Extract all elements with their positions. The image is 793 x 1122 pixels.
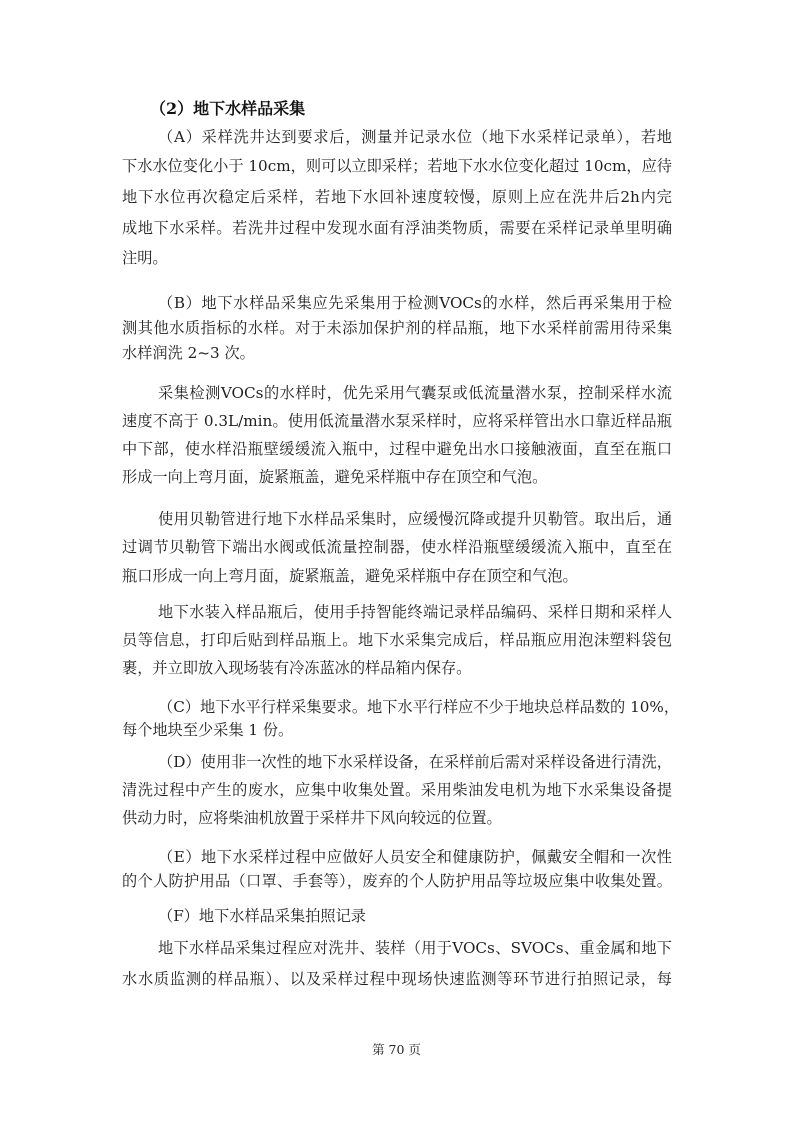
paragraph-a-line-4: 成地下水采样。若洗井过程中发现水面有浮油类物质，需要在采样记录单里明确	[122, 216, 672, 240]
document-page: （2）地下水样品采集 （A）采样洗井达到要求后，测量并记录水位（地下水采样记录单…	[0, 0, 793, 1122]
paragraph-d-line-3: 供动力时，应将柴油机放置于采样井下风向较远的位置。	[122, 806, 672, 830]
photo-paragraph-line-1: 地下水样品采集过程应对洗井、装样（用于VOCs、SVOCs、重金属和地下	[158, 936, 672, 960]
paragraph-b-line-2: 测其他水质指标的水样。对于未添加保护剂的样品瓶，地下水采样前需用待采集	[122, 316, 672, 340]
paragraph-b-line-3: 水样润洗 2~3 次。	[122, 341, 672, 365]
paragraph-a-line-3: 地下水位再次稳定后采样，若地下水回补速度较慢，原则上应在洗井后2h内完	[122, 185, 672, 209]
labeling-paragraph-line-2: 员等信息，打印后贴到样品瓶上。地下水采集完成后，样品瓶应用泡沫塑料袋包	[122, 628, 672, 652]
vocs-paragraph-line-3: 中下部，使水样沿瓶壁缓缓流入瓶中，过程中避免出水口接触液面，直至在瓶口	[122, 437, 672, 461]
paragraph-a-line-5: 注明。	[122, 246, 672, 270]
bailer-paragraph-line-3: 瓶口形成一向上弯月面，旋紧瓶盖，避免采样瓶中存在顶空和气泡。	[122, 564, 672, 588]
paragraph-e-line-1: （E）地下水采样过程中应做好人员安全和健康防护，佩戴安全帽和一次性	[158, 845, 672, 869]
paragraph-e-line-2: 的个人防护用品（口罩、手套等），废弃的个人防护用品等垃圾应集中收集处置。	[122, 869, 672, 893]
paragraph-b-line-1: （B）地下水样品采集应先采集用于检测VOCs的水样，然后再采集用于检	[158, 291, 672, 315]
paragraph-f-heading: （F）地下水样品采集拍照记录	[158, 904, 672, 928]
bailer-paragraph-line-1: 使用贝勒管进行地下水样品采集时，应缓慢沉降或提升贝勒管。取出后，通	[158, 507, 672, 531]
photo-paragraph-line-2: 水水质监测的样品瓶）、以及采样过程中现场快速监测等环节进行拍照记录，每	[122, 967, 672, 991]
paragraph-a-line-2: 下水水位变化小于 10cm，则可以立即采样；若地下水水位变化超过 10cm，应待	[122, 154, 672, 178]
paragraph-d-line-1: （D）使用非一次性的地下水采样设备，在采样前后需对采样设备进行清洗，	[158, 750, 672, 774]
bailer-paragraph-line-2: 过调节贝勒管下端出水阀或低流量控制器，使水样沿瓶壁缓缓流入瓶中，直至在	[122, 535, 672, 559]
paragraph-a-line-1: （A）采样洗井达到要求后，测量并记录水位（地下水采样记录单），若地	[158, 125, 672, 149]
section-heading: （2）地下水样品采集	[150, 97, 305, 121]
vocs-paragraph-line-4: 形成一向上弯月面，旋紧瓶盖，避免采样瓶中存在顶空和气泡。	[122, 465, 672, 489]
paragraph-c-line-2: 每个地块至少采集 1 份。	[122, 718, 672, 742]
vocs-paragraph-line-1: 采集检测VOCs的水样时，优先采用气囊泵或低流量潜水泵，控制采样水流	[158, 381, 672, 405]
page-number: 第 70 页	[0, 1040, 793, 1060]
paragraph-d-line-2: 清洗过程中产生的废水，应集中收集处置。采用柴油发电机为地下水采集设备提	[122, 778, 672, 802]
labeling-paragraph-line-3: 裹，并立即放入现场装有冷冻蓝冰的样品箱内保存。	[122, 656, 672, 680]
labeling-paragraph-line-1: 地下水装入样品瓶后，使用手持智能终端记录样品编码、采样日期和采样人	[158, 600, 672, 624]
paragraph-c-line-1: （C）地下水平行样采集要求。地下水平行样应不少于地块总样品数的 10%，	[158, 695, 672, 719]
vocs-paragraph-line-2: 速度不高于 0.3L/min。使用低流量潜水泵采样时，应将采样管出水口靠近样品瓶	[122, 409, 672, 433]
